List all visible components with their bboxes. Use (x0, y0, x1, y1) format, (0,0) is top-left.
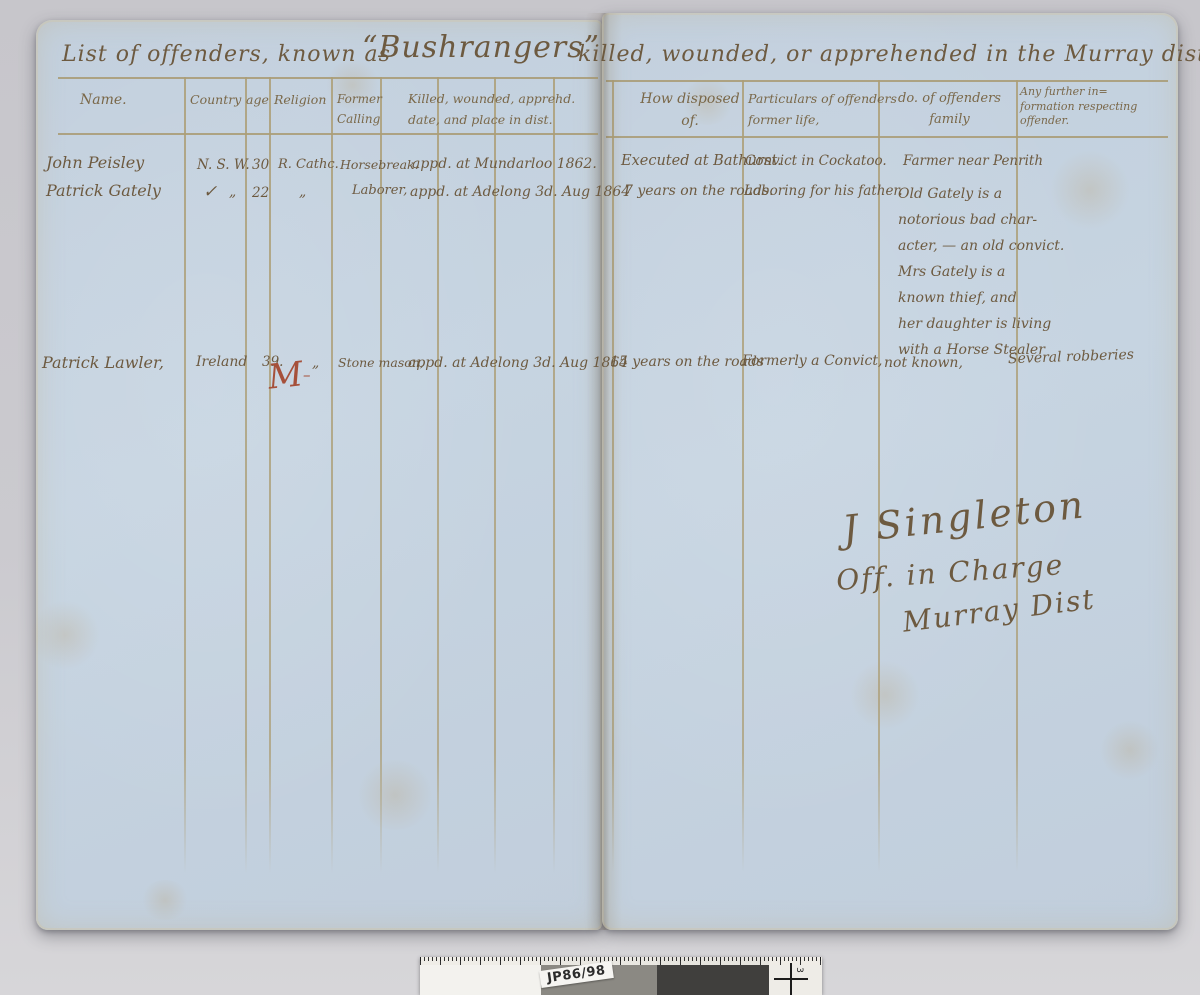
stain (140, 880, 190, 920)
row1-age: 30 (252, 157, 269, 173)
row1-country: N. S. W. (197, 157, 250, 173)
row2-religion-ditto: „ (299, 184, 306, 200)
column-header-former-life: Particulars of offenders former life, (748, 88, 897, 130)
row2-age: 22 (252, 185, 269, 201)
row3-disposed: 15 years on the roads (610, 354, 764, 370)
stain (850, 660, 920, 730)
column-rule (269, 77, 271, 873)
column-rule (331, 77, 333, 873)
row2-checkmark: ✓ (203, 182, 217, 202)
red-ink-monogram-dash: – (303, 366, 311, 384)
row2-former-life: Laboring for his father. (744, 183, 903, 199)
row1-religion: R. Cathc. (278, 157, 339, 172)
row3-former-life: Formerly a Convict, (742, 353, 882, 369)
column-header-further-information: Any further in= formation respecting off… (1020, 85, 1137, 129)
row2-family-note: Old Gately is a notorious bad char- acte… (898, 181, 1064, 363)
ruler-ticks (420, 957, 822, 965)
column-header-how-disposed: How disposed of. (630, 88, 750, 132)
column-header-former-calling: Former Calling (337, 89, 382, 129)
center-fold (586, 13, 622, 930)
stain (1100, 720, 1160, 780)
page-title-phrase-1: List of offenders, known as (62, 42, 391, 67)
registration-mark-text: 3 (794, 967, 804, 973)
column-header-age: age (246, 92, 269, 107)
table-top-rule-left (58, 77, 598, 79)
column-header-religion: Religion (274, 92, 326, 107)
column-header-name: Name. (80, 92, 127, 108)
row2-apprehended: appd. at Adelong 3d. Aug 1864 (410, 184, 630, 200)
header-bottom-rule-right (606, 136, 1168, 138)
red-ink-monogram: M (266, 354, 305, 397)
page-title-bushrangers: “Bushrangers” (362, 30, 600, 65)
row3-religion-ditto: „ (312, 355, 319, 371)
page-title-phrase-2: killed, wounded, or apprehended in the M… (578, 42, 1200, 67)
row1-former-life: Convict in Cockatoo. (745, 153, 887, 169)
header-bottom-rule-left (58, 133, 598, 135)
column-rule (184, 77, 186, 873)
row1-apprehended: appd. at Mundarloo 1862. (412, 156, 597, 172)
scan-background: List of offenders, known as “Bushrangers… (0, 0, 1200, 995)
calibration-scale-bar: JP86/98 3 (420, 957, 822, 995)
column-rule (245, 77, 247, 873)
row3-family: not known, (884, 355, 963, 371)
row1-family: Farmer near Penrith (903, 153, 1043, 169)
row3-apprehended: appd. at Adelong 3d. Aug 1864 (408, 355, 628, 371)
column-header-offenders-family: do. of offenders family (892, 88, 1007, 130)
row1-former-calling: Horsebreak. (340, 157, 419, 172)
row2-name: Patrick Gately (46, 181, 161, 200)
column-header-killed-wounded: Killed, wounded, apprehd. date, and plac… (408, 88, 575, 130)
column-header-country: Country (190, 92, 241, 107)
stain (30, 600, 100, 670)
row3-country: Ireland (196, 354, 247, 370)
row3-name: Patrick Lawler, (42, 353, 164, 372)
row2-country-ditto: „ (229, 184, 236, 200)
row2-former-calling: Laborer, (352, 183, 407, 198)
stain (355, 760, 435, 830)
row1-name: John Peisley (46, 153, 144, 172)
registration-crosshair-horizontal (774, 978, 808, 980)
table-top-rule-right (606, 80, 1168, 82)
